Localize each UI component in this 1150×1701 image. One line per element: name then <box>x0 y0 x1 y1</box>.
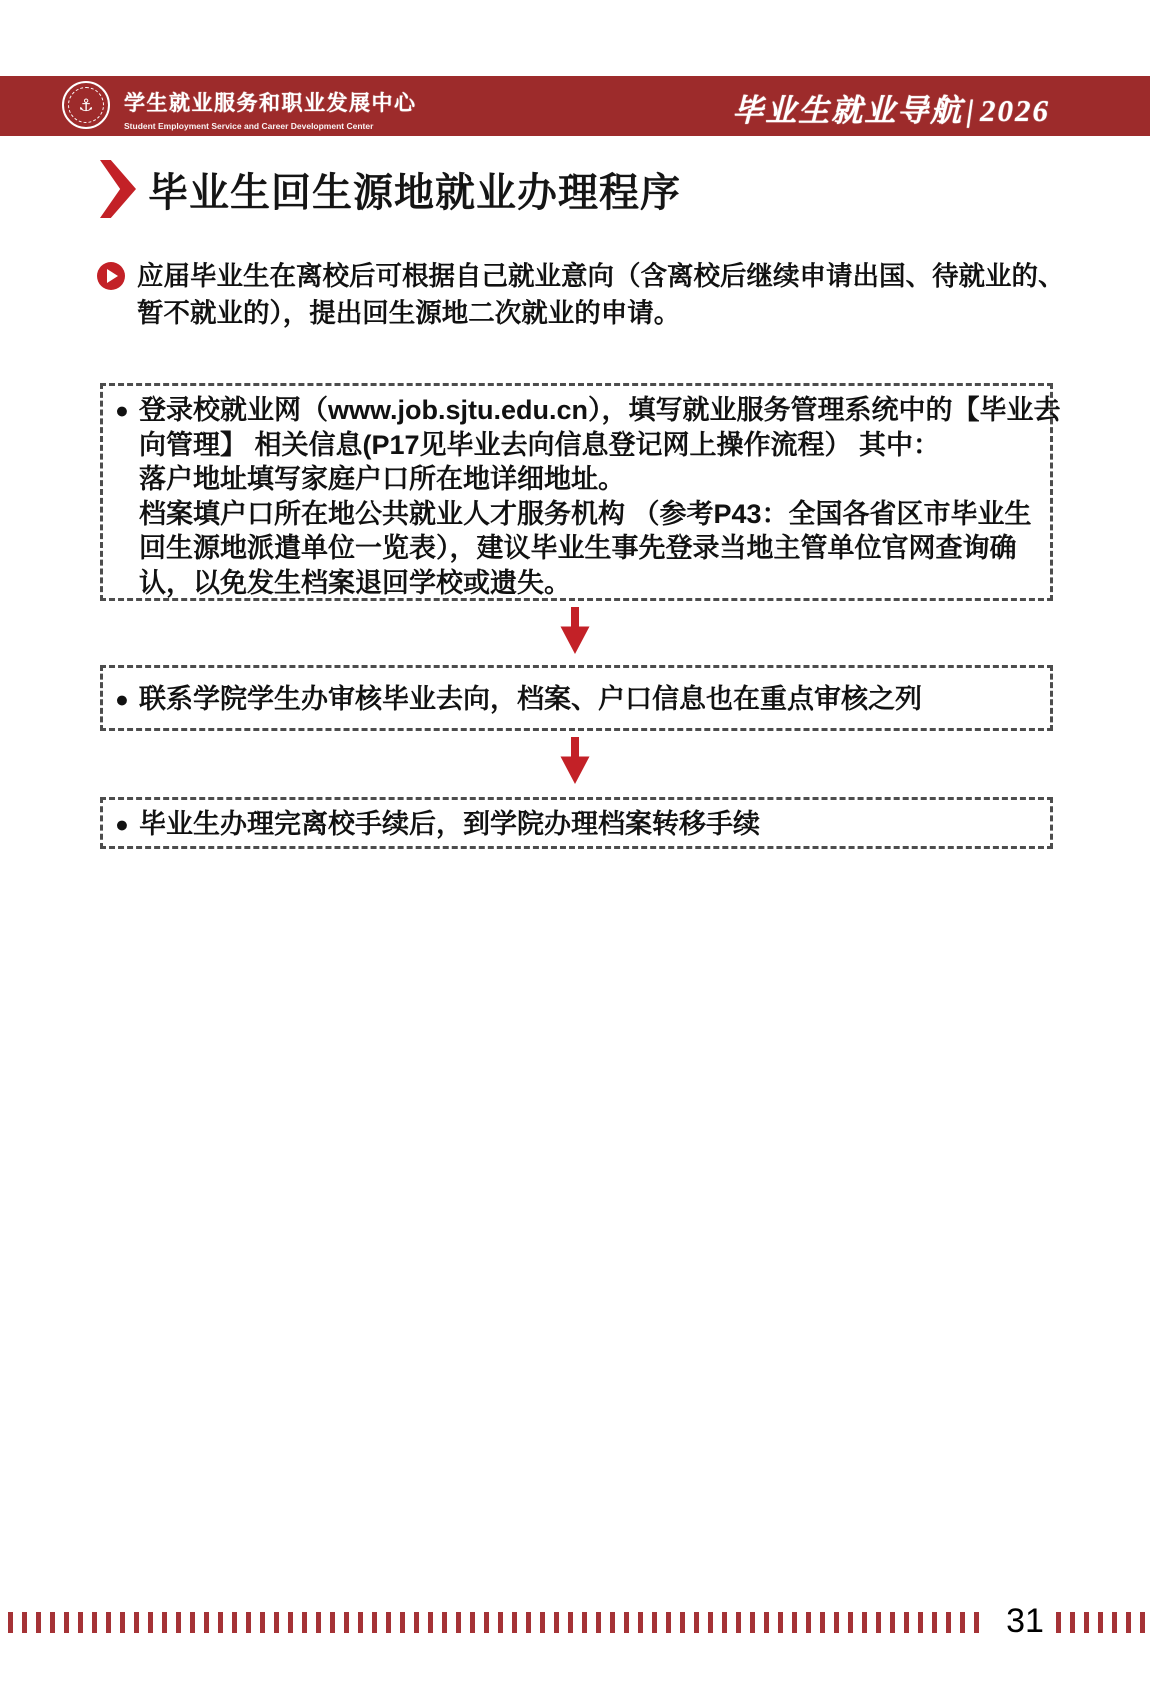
intro-text: 应届毕业生在离校后可根据自己就业意向（含离校后继续申请出国、待就业的、暂不就业的… <box>137 258 1065 332</box>
text-line: 回生源地派遣单位一览表），建议毕业生事先登录当地主管单位官网查询确 <box>139 531 1042 566</box>
flow-step-3-text: 毕业生办理完离校手续后，到学院办理档案转移手续 <box>139 807 1042 842</box>
flow-step-1-text: 登录校就业网（www.job.sjtu.edu.cn），填写就业服务管理系统中的… <box>139 393 1042 600</box>
document-page: ⚓ 学生就业服务和职业发展中心 Student Employment Servi… <box>0 0 1150 1701</box>
department-name-zh: 学生就业服务和职业发展中心 <box>124 87 417 117</box>
flow-step-1-content: ● 登录校就业网（www.job.sjtu.edu.cn），填写就业服务管理系统… <box>115 393 1042 600</box>
flow-step-2-content: ● 联系学院学生办审核毕业去向，档案、户口信息也在重点审核之列 <box>115 682 1042 717</box>
header-guide-title: 毕业生就业导航|2026 <box>732 85 1050 130</box>
flow-step-1-box: ● 登录校就业网（www.job.sjtu.edu.cn），填写就业服务管理系统… <box>100 383 1053 601</box>
header-bar: ⚓ 学生就业服务和职业发展中心 Student Employment Servi… <box>0 76 1150 136</box>
department-name-en: Student Employment Service and Career De… <box>124 121 417 131</box>
text-line: 落户地址填写家庭户口所在地详细地址。 <box>139 462 1042 497</box>
chevron-right-icon <box>100 160 136 218</box>
guide-title-text: 毕业生就业导航 <box>732 93 963 128</box>
anchor-icon: ⚓ <box>64 83 108 127</box>
text-line: 档案填户口所在地公共就业人才服务机构 （参考P43：全国各省区市毕业生 <box>139 497 1042 532</box>
down-arrow-icon <box>555 607 595 655</box>
text-line: 向管理】 相关信息(P17见毕业去向信息登记网上操作流程） 其中： <box>139 428 1042 463</box>
down-arrow-icon <box>555 737 595 785</box>
flow-step-2-box: ● 联系学院学生办审核毕业去向，档案、户口信息也在重点审核之列 <box>100 665 1053 731</box>
page-title: 毕业生回生源地就业办理程序 <box>148 161 681 218</box>
header-department: 学生就业服务和职业发展中心 Student Employment Service… <box>124 87 417 131</box>
university-seal-logo: ⚓ <box>62 81 110 129</box>
footer-ticks-left <box>8 1612 986 1633</box>
text-line: 暂不就业的），提出回生源地二次就业的申请。 <box>137 295 1065 332</box>
bullet-icon: ● <box>115 682 129 717</box>
page-number: 31 <box>996 1603 1054 1639</box>
flow-step-2-text: 联系学院学生办审核毕业去向，档案、户口信息也在重点审核之列 <box>139 682 1042 717</box>
section-title-row: 毕业生回生源地就业办理程序 <box>100 160 681 218</box>
play-triangle-icon <box>107 269 118 283</box>
text-line: 登录校就业网（www.job.sjtu.edu.cn），填写就业服务管理系统中的… <box>139 393 1042 428</box>
footer-ticks-right <box>1056 1612 1148 1633</box>
text-line: 联系学院学生办审核毕业去向，档案、户口信息也在重点审核之列 <box>139 682 1042 717</box>
text-line: 认，以免发生档案退回学校或遗失。 <box>139 566 1042 601</box>
bullet-icon: ● <box>115 807 129 842</box>
guide-year: 2026 <box>980 93 1050 128</box>
flow-step-3-content: ● 毕业生办理完离校手续后，到学院办理档案转移手续 <box>115 807 1042 842</box>
intro-paragraph: 应届毕业生在离校后可根据自己就业意向（含离校后继续申请出国、待就业的、暂不就业的… <box>97 258 1065 332</box>
text-line: 毕业生办理完离校手续后，到学院办理档案转移手续 <box>139 807 1042 842</box>
bullet-icon: ● <box>115 393 129 428</box>
text-line: 应届毕业生在离校后可根据自己就业意向（含离校后继续申请出国、待就业的、 <box>137 258 1065 295</box>
flow-step-3-box: ● 毕业生办理完离校手续后，到学院办理档案转移手续 <box>100 797 1053 849</box>
play-bullet-icon <box>97 262 125 290</box>
